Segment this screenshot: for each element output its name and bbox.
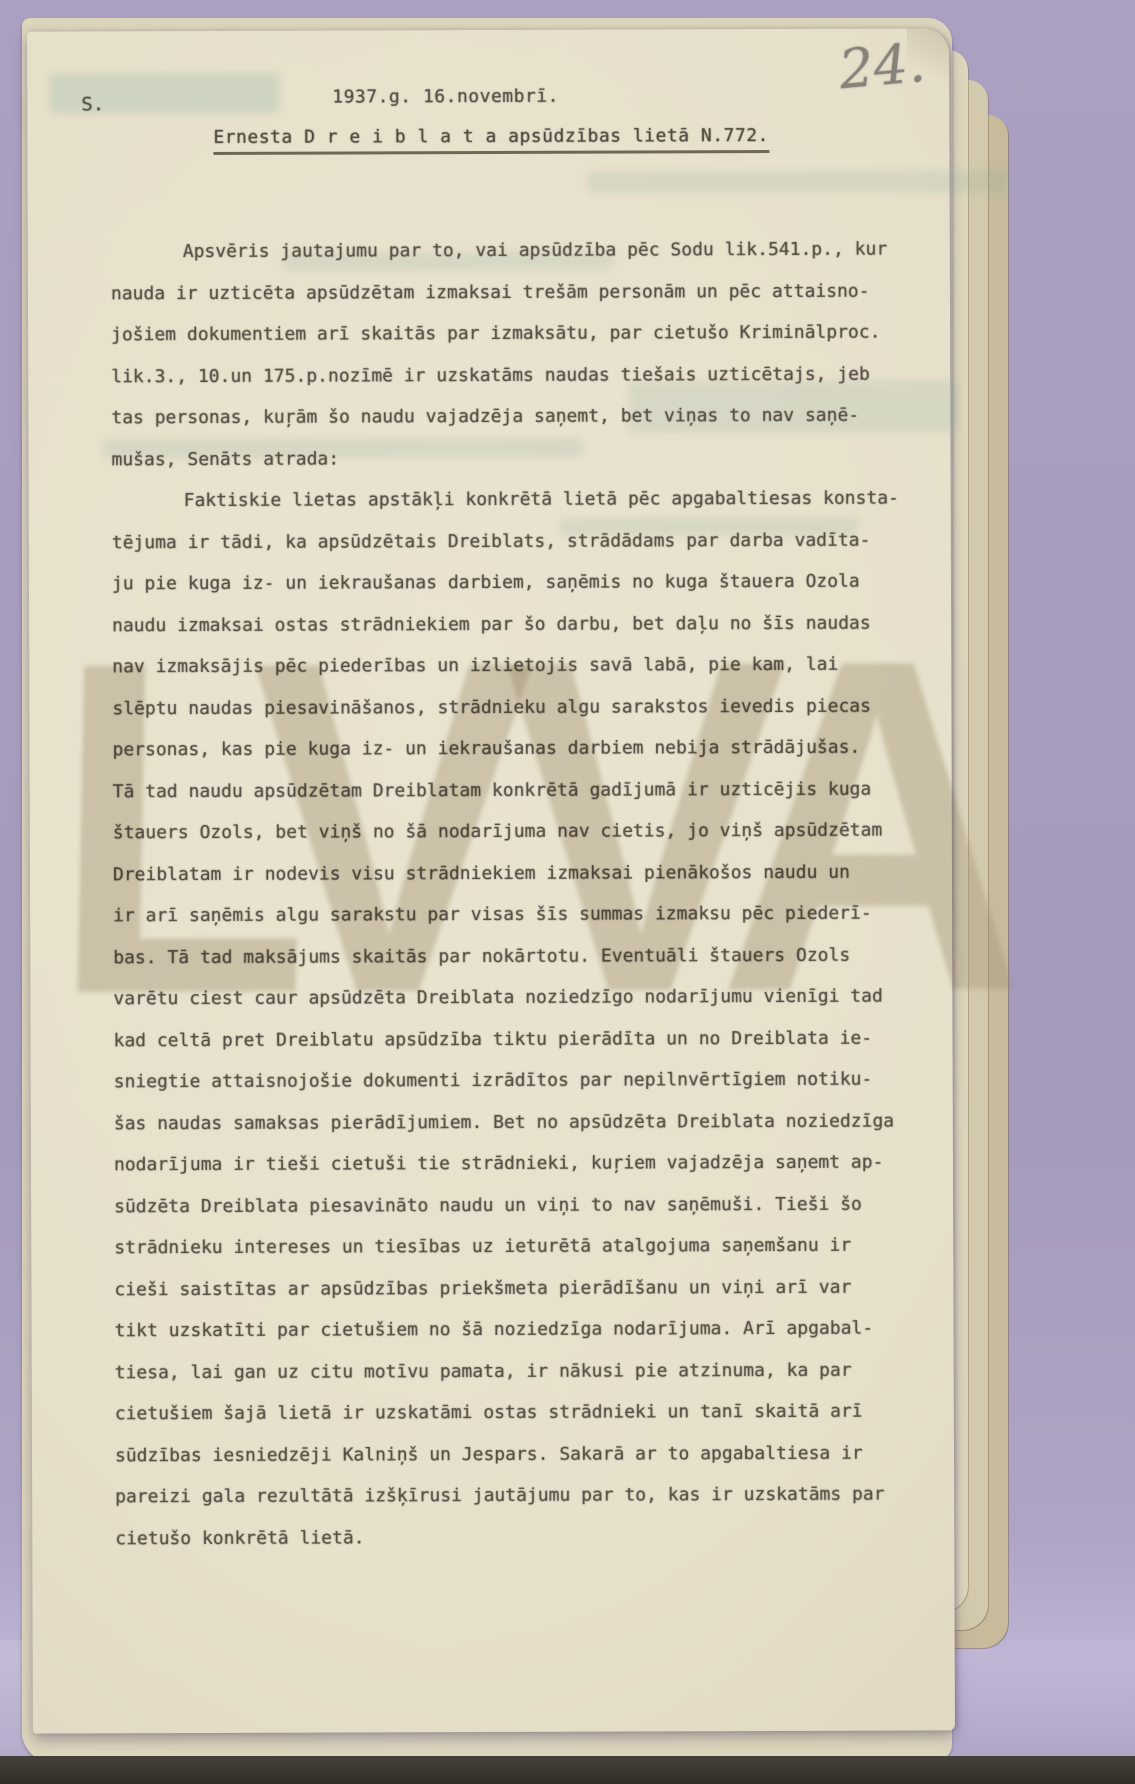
binding-edge — [0, 0, 30, 1655]
text-line: Faktiskie lietas apstākļi konkrētā lietā… — [112, 478, 912, 522]
text-line: šas naudas samaksas pierādījumiem. Bet n… — [114, 1100, 914, 1144]
text-line: nauda ir uzticēta apsūdzētam izmaksai tr… — [111, 270, 911, 314]
text-line: tikt uzskatīti par cietušiem no šā nozie… — [114, 1308, 914, 1352]
text-line: ju pie kuga iz- un iekraušanas darbiem, … — [112, 561, 912, 605]
text-line: jošiem dokumentiem arī skaitās par izmak… — [111, 312, 911, 356]
text-line: pareizi gala rezultātā izšķīrusi jautāju… — [115, 1474, 915, 1518]
text-line: mušas, Senāts atrada: — [111, 436, 911, 480]
text-line: strādnieku intereses un tiesības uz ietu… — [114, 1225, 914, 1269]
text-line: cietušiem šajā lietā ir uzskatāmi ostas … — [115, 1391, 915, 1435]
paragraph-1: Apsvēris jautajumu par to, vai apsūdzība… — [111, 229, 912, 481]
text-line: naudu izmaksai ostas strādniekiem par šo… — [112, 602, 912, 646]
text-line: personas, kas pie kuga iz- un iekraušana… — [112, 727, 912, 771]
text-line: sniegtie attaisnojošie dokumenti izrādīt… — [114, 1059, 914, 1103]
margin-letter: S. — [81, 93, 104, 115]
text-line: ir arī saņēmis algu sarakstu par visas š… — [113, 893, 913, 937]
text-line: kad celtā pret Dreiblatu apsūdzība tiktu… — [113, 1017, 913, 1061]
text-line: Tā tad naudu apsūdzētam Dreiblatam konkr… — [113, 768, 913, 812]
text-line: cietušo konkrētā lietā. — [115, 1515, 915, 1559]
date-line: 1937.g. 16.novembrī. — [332, 86, 559, 108]
show-through-mark — [588, 170, 1008, 193]
text-line: štauers Ozols, bet viņš no šā nodarījuma… — [113, 810, 913, 854]
text-line: varētu ciest caur apsūdzēta Dreiblata no… — [113, 976, 913, 1020]
text-line: sūdzības iesniedzēji Kalniņš un Jespars.… — [115, 1432, 915, 1476]
scan-bottom-strip — [0, 1756, 1135, 1784]
paragraph-2: Faktiskie lietas apstākļi konkrētā lietā… — [112, 478, 916, 1560]
text-line: sūdzēta Dreiblata piesavināto naudu un v… — [114, 1183, 914, 1227]
text-line: lik.3., 10.un 175.p.nozīmē ir uzskatāms … — [111, 353, 911, 397]
document-body: Apsvēris jautajumu par to, vai apsūdzība… — [111, 229, 916, 1560]
text-line: bas. Tā tad maksājums skaitās par nokārt… — [113, 934, 913, 978]
text-line: nodarījuma ir tieši cietuši tie strādnie… — [114, 1142, 914, 1186]
text-line: Dreiblatam ir nodevis visu strādniekiem … — [113, 851, 913, 895]
case-title: Ernesta D r e i b l a t a apsūdzības lie… — [213, 125, 769, 155]
text-line: cieši saistītas ar apsūdzības priekšmeta… — [114, 1266, 914, 1310]
text-line: Apsvēris jautajumu par to, vai apsūdzība… — [111, 229, 911, 273]
text-line: nav izmaksājis pēc piederības un izlieto… — [112, 644, 912, 688]
document-page: 24. S. 1937.g. 16.novembrī. Ernesta D r … — [27, 28, 955, 1733]
text-line: slēptu naudas piesavināšanos, strādnieku… — [112, 685, 912, 729]
text-line: tas personas, kuŗām šo naudu vajadzēja s… — [111, 395, 911, 439]
archive-scan: 24. S. 1937.g. 16.novembrī. Ernesta D r … — [0, 0, 1135, 1784]
handwritten-page-number: 24. — [836, 31, 927, 102]
text-line: tiesa, lai gan uz citu motīvu pamata, ir… — [115, 1349, 915, 1393]
text-line: tējuma ir tādi, ka apsūdzētais Dreiblats… — [112, 519, 912, 563]
